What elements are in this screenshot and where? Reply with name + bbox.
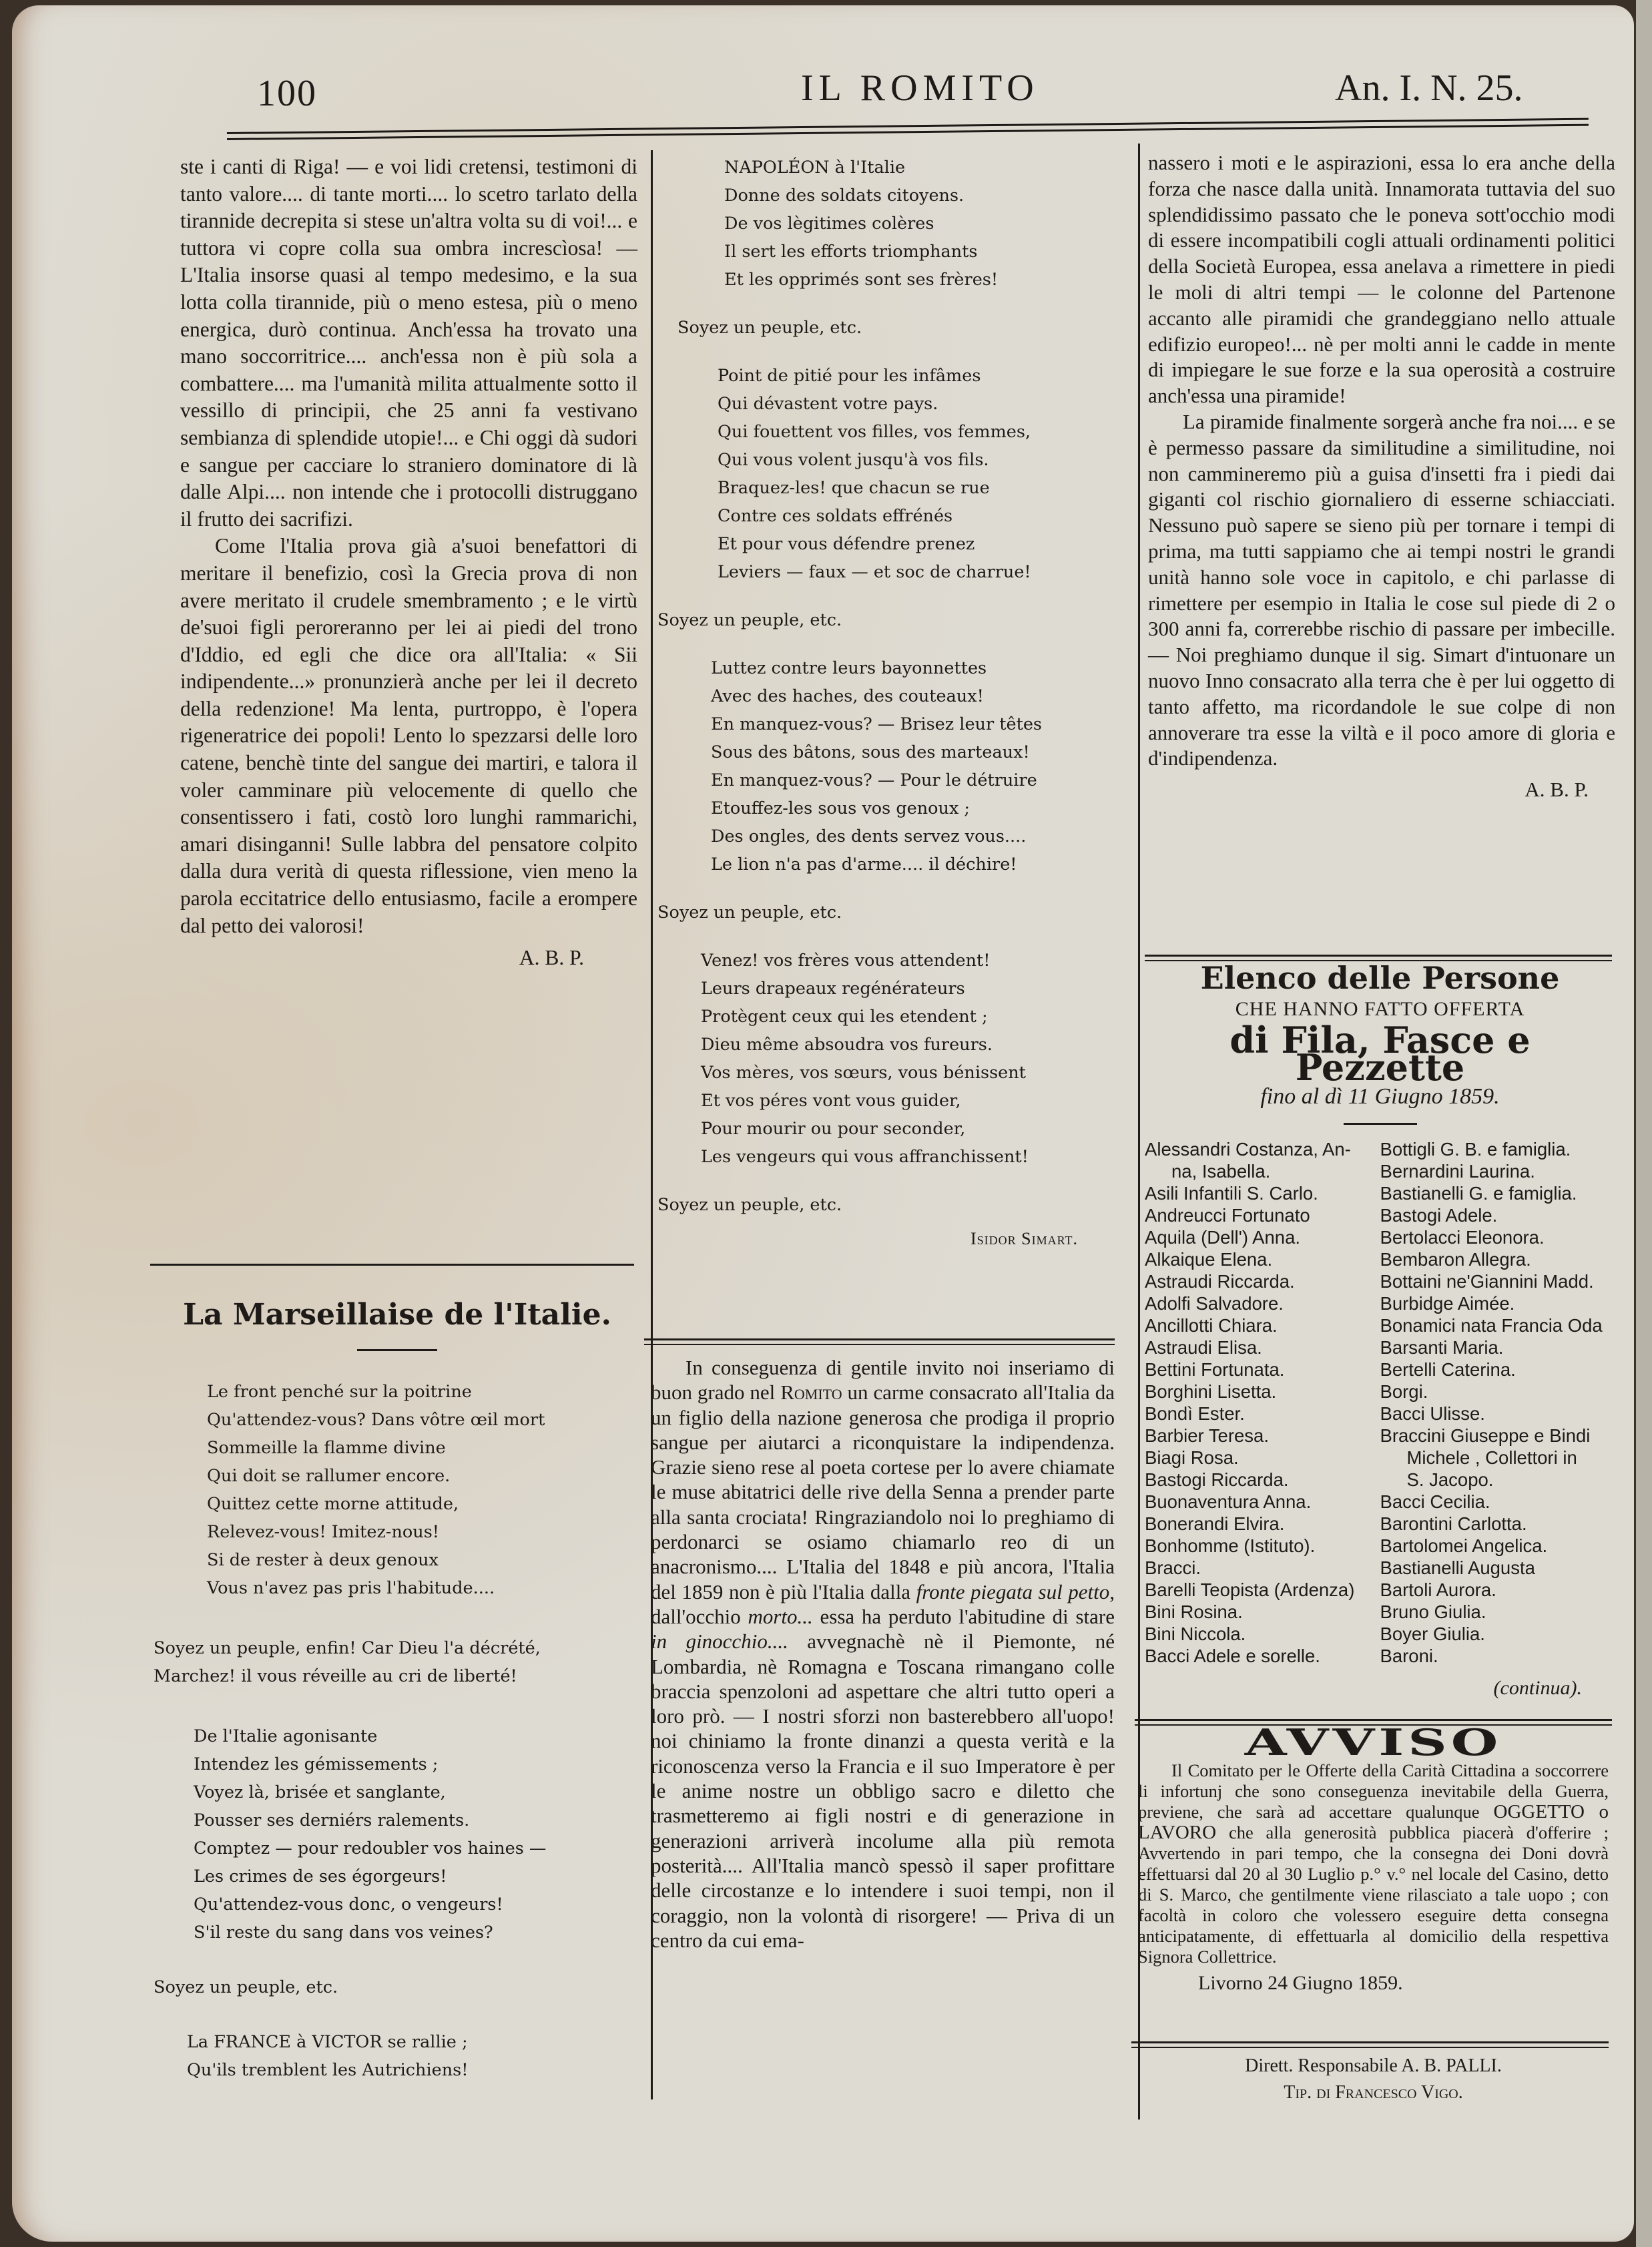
verse-line: De vos lègitimes colères	[724, 210, 1118, 238]
list-item: Bonhomme (Istituto).	[1145, 1535, 1380, 1557]
list-item: Astraudi Elisa.	[1145, 1336, 1380, 1358]
verse-line: En manquez-vous? — Brisez leur têtes	[711, 710, 1118, 738]
list-item: Bacci Adele e sorelle.	[1145, 1645, 1380, 1667]
list-item: Bastianelli G. e famiglia.	[1380, 1182, 1616, 1204]
list-item: Bonamici nata Francia Oda	[1380, 1314, 1616, 1336]
verse-line: Pour mourir ou pour seconder,	[701, 1115, 1118, 1143]
title-rule	[357, 1349, 437, 1351]
donor-list-left: Alessandri Costanza, An- na, Isabella. A…	[1145, 1138, 1380, 1667]
verse-line: Leviers — faux — et soc de charrue!	[718, 558, 1118, 586]
editorial-note: In conseguenza di gentile invito noi ins…	[651, 1355, 1115, 1953]
column-1: ste i canti di Riga! — e voi lidi creten…	[180, 154, 637, 972]
verse-line: Des ongles, des dents servez vous....	[711, 822, 1118, 850]
verse-line: Qui dévastent votre pays.	[718, 390, 1118, 418]
list-item: Bastogi Riccarda.	[1145, 1469, 1380, 1491]
list-item: Bastogi Adele.	[1380, 1204, 1616, 1226]
verse-line: Et pour vous défendre prenez	[718, 530, 1118, 558]
poem-refrain-short: Soyez un peuple, etc.	[154, 1973, 641, 2001]
verse-line: Donne des soldats citoyens.	[724, 182, 1118, 210]
signature: A. B. P.	[180, 945, 637, 972]
list-item: Bruno Giulia.	[1380, 1601, 1616, 1623]
list-item: Bondì Ester.	[1145, 1403, 1380, 1425]
list-item: Bertolacci Eleonora.	[1380, 1226, 1616, 1248]
list-item: Bembaron Allegra.	[1380, 1248, 1616, 1270]
verse-line: Les vengeurs qui vous affranchissent!	[701, 1143, 1118, 1171]
poem-refrain-short: Soyez un peuple, etc.	[657, 606, 1118, 634]
signature: A. B. P.	[1148, 777, 1615, 803]
elenco-title: Elenco delle Persone	[1145, 965, 1615, 992]
printer-line: Tip. di Francesco Vigo.	[1138, 2079, 1609, 2106]
verse-line: Qu'attendez-vous donc, o vengeurs!	[194, 1891, 641, 1919]
verse-line: Intendez les gémissements ;	[194, 1750, 641, 1778]
list-item: Alkaique Elena.	[1145, 1248, 1380, 1270]
verse-line: Sommeille la flamme divine	[207, 1434, 641, 1462]
list-item: Bracci.	[1145, 1557, 1380, 1579]
page-edge	[1636, 0, 1652, 2247]
verse-line: Qui doit se rallumer encore.	[207, 1462, 641, 1490]
poem-refrain: Soyez un peuple, enfin! Car Dieu l'a déc…	[154, 1634, 641, 1690]
poem-section: La Marseillaise de l'Italie. Le front pe…	[154, 1275, 641, 2084]
list-item: Bini Rosina.	[1145, 1601, 1380, 1623]
verse-line: Pousser ses derniérs ralements.	[194, 1806, 641, 1834]
issue-number: An. I. N. 25.	[1335, 67, 1523, 109]
list-item: Barelli Teopista (Ardenza)	[1145, 1579, 1380, 1601]
elenco-section: Elenco delle Persone CHE HANNO FATTO OFF…	[1145, 965, 1615, 1702]
list-item: Bertelli Caterina.	[1380, 1358, 1616, 1381]
verse-line: Voyez là, brisée et sanglante,	[194, 1778, 641, 1806]
list-item: Boyer Giulia.	[1380, 1623, 1616, 1645]
list-item: Alessandri Costanza, An-	[1145, 1138, 1380, 1160]
donor-list-right: Bottigli G. B. e famiglia. Bernardini La…	[1380, 1138, 1616, 1667]
verse-line: Quittez cette morne attitude,	[207, 1490, 641, 1518]
verse-line: Sous des bâtons, sous des marteaux!	[711, 738, 1118, 766]
verse-line: Dieu même absoudra vos fureurs.	[701, 1031, 1118, 1059]
text-run: avvegnachè nè il Piemonte, né Lombardia,…	[651, 1630, 1115, 1952]
text-run: che alla generosità pubblica piacerà d'o…	[1138, 1822, 1609, 1967]
verse-line: La FRANCE à VICTOR se rallie ;	[187, 2028, 641, 2056]
list-item: Bottigli G. B. e famiglia.	[1380, 1138, 1616, 1160]
list-item: Asili Infantili S. Carlo.	[1145, 1182, 1380, 1204]
director-line: Dirett. Responsabile A. B. PALLI.	[1138, 2053, 1609, 2079]
article-paragraph: Come l'Italia prova già a'suoi benefatto…	[180, 533, 637, 939]
poem-refrain-short: Soyez un peuple, etc.	[657, 314, 1118, 342]
list-item: Bacci Ulisse.	[1380, 1403, 1616, 1425]
verse-line: Qui fouettent vos filles, vos femmes,	[718, 418, 1118, 446]
list-item: Bettini Fortunata.	[1145, 1358, 1380, 1381]
verse-line: Qu'ils tremblent les Autrichiens!	[187, 2056, 641, 2084]
verse-line: Contre ces soldats effrénés	[718, 502, 1118, 530]
list-item: Bonerandi Elvira.	[1145, 1513, 1380, 1535]
poem-stanza-1: Le front penché sur la poitrine Qu'atten…	[154, 1378, 641, 1602]
list-item: Borghini Lisetta.	[1145, 1381, 1380, 1403]
verse-line: NAPOLÉON à l'Italie	[724, 154, 1118, 182]
list-item: Biagi Rosa.	[1145, 1447, 1380, 1469]
verse-line: Et les opprimés sont ses frères!	[724, 266, 1118, 294]
list-item: Michele , Collettori in	[1380, 1447, 1616, 1469]
elenco-date: fino al dì 11 Giugno 1859.	[1145, 1083, 1615, 1111]
list-item: Bartoli Aurora.	[1380, 1579, 1616, 1601]
editorial-paragraph: In conseguenza di gentile invito noi ins…	[651, 1355, 1115, 1953]
continua-note: (continua).	[1145, 1675, 1615, 1702]
verse-line: Luttez contre leurs bayonnettes	[711, 654, 1118, 682]
editorial-paragraph: nassero i moti e le aspirazioni, essa lo…	[1148, 150, 1615, 409]
page-number: 100	[257, 72, 317, 115]
list-item: Bernardini Laurina.	[1380, 1160, 1616, 1182]
avviso-title: AVVISO	[1021, 1729, 1652, 1756]
poem-refrain-short: Soyez un peuple, etc.	[657, 899, 1118, 927]
poem-stanza-6: Venez! vos frères vous attendent! Leurs …	[657, 947, 1118, 1171]
list-item: Buonaventura Anna.	[1145, 1491, 1380, 1513]
avviso-body: Il Comitato per le Offerte della Carità …	[1138, 1760, 1609, 1967]
text-run: un carme consacrato all'Italia da un fig…	[651, 1381, 1115, 1603]
italic-run: in ginocchio....	[651, 1630, 788, 1653]
verse-line: Braquez-les! que chacun se rue	[718, 474, 1118, 502]
editorial-paragraph: La piramide finalmente sorgerà anche fra…	[1148, 409, 1615, 772]
verse-line: Et vos péres vont vous guider,	[701, 1087, 1118, 1115]
poem-author: Isidor Simart.	[657, 1226, 1118, 1253]
list-item: Andreucci Fortunato	[1145, 1204, 1380, 1226]
verse-line: Si de rester à deux genoux	[207, 1546, 641, 1574]
verse-line: Leurs drapeaux regénérateurs	[701, 975, 1118, 1003]
masthead: 100 IL ROMITO An. I. N. 25.	[0, 0, 1652, 134]
footer-double-rule	[1131, 2041, 1609, 2048]
imprint: Dirett. Responsabile A. B. PALLI. Tip. d…	[1138, 2053, 1609, 2106]
verse-line: Le lion n'a pas d'arme.... il déchire!	[711, 850, 1118, 879]
list-item: Adolfi Salvadore.	[1145, 1292, 1380, 1314]
list-item: Bartolomei Angelica.	[1380, 1535, 1616, 1557]
section-double-rule	[644, 1338, 1115, 1345]
verse-line: Etouffez-les sous vos genoux ;	[711, 794, 1118, 822]
verse-line: S'il reste du sang dans vos veines?	[194, 1919, 641, 1947]
column-2: NAPOLÉON à l'Italie Donne des soldats ci…	[657, 154, 1118, 1253]
poem-title: La Marseillaise de l'Italie.	[154, 1302, 641, 1329]
list-item: Astraudi Riccarda.	[1145, 1270, 1380, 1292]
verse-line: Qui vous volent jusqu'à vos fils.	[718, 446, 1118, 474]
text-run: dall'occhio	[651, 1605, 748, 1628]
list-item: Aquila (Dell') Anna.	[1145, 1226, 1380, 1248]
verse-line: De l'Italie agonisante	[194, 1722, 641, 1750]
avviso-section: AVVISO Il Comitato per le Offerte della …	[1138, 1729, 1609, 1997]
verse-line: Marchez! il vous réveille au cri de libe…	[154, 1662, 641, 1690]
poem-stanza-3b: NAPOLÉON à l'Italie Donne des soldats ci…	[657, 154, 1118, 294]
verse-line: En manquez-vous? — Pour le détruire	[711, 766, 1118, 794]
elenco-main-title: di Fila, Fasce e Pezzette	[1145, 1027, 1615, 1081]
verse-line: Protègent ceux qui les etendent ;	[701, 1003, 1118, 1031]
list-item: Borgi.	[1380, 1381, 1616, 1403]
verse-line: Vos mères, vos sœurs, vous bénissent	[701, 1059, 1118, 1087]
section-rule	[150, 1264, 634, 1266]
newspaper-title: IL ROMITO	[801, 67, 1039, 109]
romito-name: Romito	[780, 1381, 842, 1404]
italic-run: fronte piegata sul petto,	[916, 1580, 1115, 1603]
italic-run: morto...	[748, 1605, 812, 1628]
list-item: Bacci Cecilia.	[1380, 1491, 1616, 1513]
list-item: Braccini Giuseppe e Bindi	[1380, 1425, 1616, 1447]
verse-line: Le front penché sur la poitrine	[207, 1378, 641, 1406]
list-item: Baroni.	[1380, 1645, 1616, 1667]
column-3: nassero i moti e le aspirazioni, essa lo…	[1148, 150, 1615, 803]
list-item: Barbier Teresa.	[1145, 1425, 1380, 1447]
verse-line: Comptez — pour redoubler vos haines —	[194, 1834, 641, 1862]
poem-stanza-2: De l'Italie agonisante Intendez les gémi…	[154, 1722, 641, 1947]
poem-stanza-5: Luttez contre leurs bayonnettes Avec des…	[657, 654, 1118, 879]
verse-line: Les crimes de ses égorgeurs!	[194, 1862, 641, 1891]
verse-line: Soyez un peuple, enfin! Car Dieu l'a déc…	[154, 1634, 641, 1662]
list-item: S. Jacopo.	[1380, 1469, 1616, 1491]
title-rule	[1344, 1123, 1417, 1125]
article-paragraph: ste i canti di Riga! — e voi lidi creten…	[180, 154, 637, 533]
list-item: Barontini Carlotta.	[1380, 1513, 1616, 1535]
verse-line: Avec des haches, des couteaux!	[711, 682, 1118, 710]
list-item: Bini Niccola.	[1145, 1623, 1380, 1645]
list-item: na, Isabella.	[1145, 1160, 1380, 1182]
verse-line: Venez! vos frères vous attendent!	[701, 947, 1118, 975]
list-item: Ancillotti Chiara.	[1145, 1314, 1380, 1336]
poem-stanza-4: Point de pitié pour les infâmes Qui déva…	[657, 362, 1118, 586]
poem-stanza-3a: La FRANCE à VICTOR se rallie ; Qu'ils tr…	[154, 2028, 641, 2084]
text-run: essa ha perduto l'abitudine di stare	[813, 1605, 1115, 1628]
verse-line: Vous n'avez pas pris l'habitude....	[207, 1574, 641, 1602]
verse-line: Point de pitié pour les infâmes	[718, 362, 1118, 390]
avviso-date: Livorno 24 Giugno 1859.	[1138, 1970, 1609, 1997]
list-item: Bastianelli Augusta	[1380, 1557, 1616, 1579]
verse-line: Qu'attendez-vous? Dans vôtre œil mort	[207, 1406, 641, 1434]
list-item: Barsanti Maria.	[1380, 1336, 1616, 1358]
list-item: Burbidge Aimée.	[1380, 1292, 1616, 1314]
list-item: Bottaini ne'Giannini Madd.	[1380, 1270, 1616, 1292]
verse-line: Il sert les efforts triomphants	[724, 238, 1118, 266]
donor-list: Alessandri Costanza, An- na, Isabella. A…	[1145, 1138, 1615, 1667]
poem-refrain-short: Soyez un peuple, etc.	[657, 1191, 1118, 1219]
verse-line: Relevez-vous! Imitez-nous!	[207, 1518, 641, 1546]
